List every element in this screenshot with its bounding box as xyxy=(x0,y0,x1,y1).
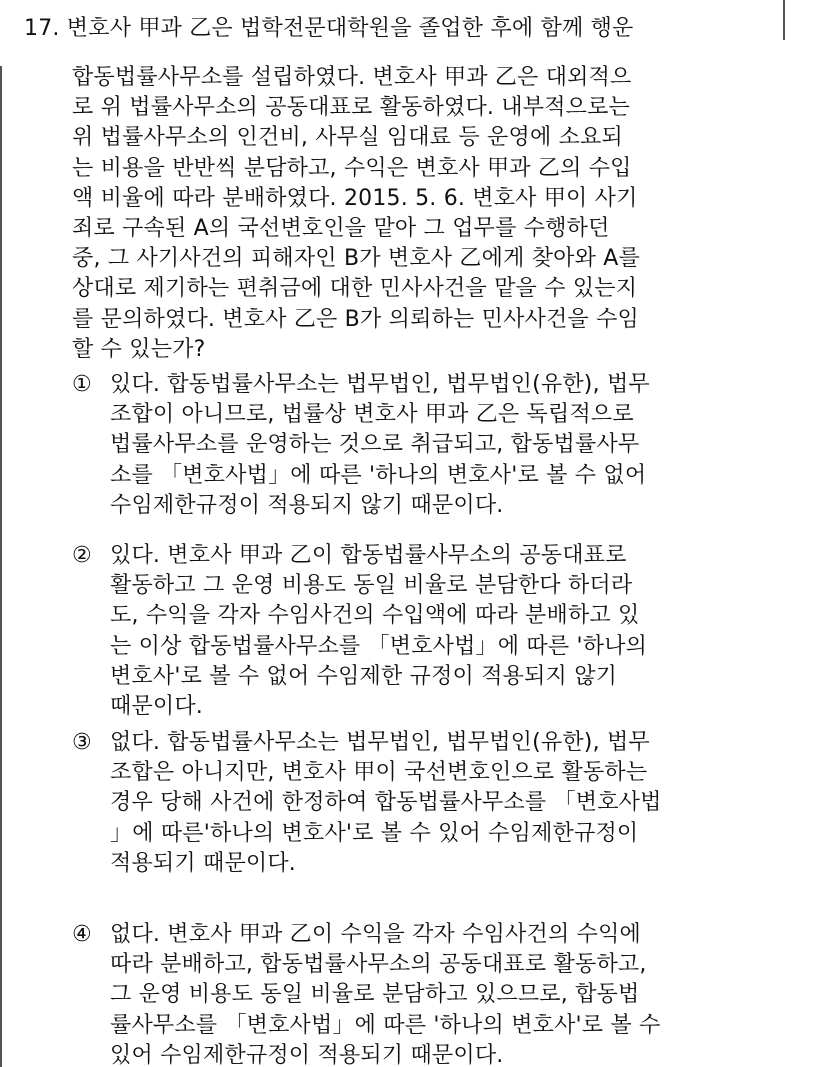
option-line: 변호사'로 볼 수 없어 수임제한 규정이 적용되지 않기 xyxy=(110,662,770,692)
option-marker: ③ xyxy=(72,728,102,758)
option-line: 조합은 아니지만, 변호사 甲이 국선변호인으로 활동하는 xyxy=(110,758,770,788)
question-stem: 합동법률사무소를 설립하였다. 변호사 甲과 乙은 대외적으 로 위 법률사무소… xyxy=(72,63,762,365)
option-line: 는 이상 합동법률사무소를 「변호사법」에 따른 '하나의 xyxy=(110,632,770,662)
option-text: 없다. 변호사 甲과 乙이 수익을 각자 수임사건의 수익에 따라 분배하고, … xyxy=(110,920,770,1067)
question-number: 17. xyxy=(24,16,60,41)
option-line: 없다. 변호사 甲과 乙이 수익을 각자 수임사건의 수익에 xyxy=(110,920,770,950)
stem-line: 로 위 법률사무소의 공동대표로 활동하였다. 내부적으로는 xyxy=(72,93,762,123)
column-divider-top xyxy=(783,0,785,40)
option-text: 있다. 합동법률사무소는 법무법인, 법무법인(유한), 법무 조합이 아니므로… xyxy=(110,370,770,521)
option-line: 조합이 아니므로, 법률상 변호사 甲과 乙은 독립적으로 xyxy=(110,400,770,430)
option-marker: ② xyxy=(72,541,102,571)
option-line: 률사무소를 「변호사법」에 따른 '하나의 변호사'로 볼 수 xyxy=(110,1011,770,1041)
stem-line: 죄로 구속된 A의 국선변호인을 맡아 그 업무를 수행하던 xyxy=(72,214,762,244)
option-line: 있다. 변호사 甲과 乙이 합동법률사무소의 공동대표로 xyxy=(110,541,770,571)
option-line: 수임제한규정이 적용되지 않기 때문이다. xyxy=(110,491,770,521)
question-title: 17. 변호사 甲과 乙은 법학전문대학원을 졸업한 후에 함께 행운 xyxy=(24,14,634,44)
option-line: 없다. 합동법률사무소는 법무법인, 법무법인(유한), 법무 xyxy=(110,728,770,758)
option-line: 때문이다. xyxy=(110,692,770,722)
stem-line: 는 비용을 반반씩 분담하고, 수익은 변호사 甲과 乙의 수입 xyxy=(72,154,762,184)
option-line: 소를 「변호사법」에 따른 '하나의 변호사'로 볼 수 없어 xyxy=(110,461,770,491)
stem-line: 할 수 있는가? xyxy=(72,335,762,365)
stem-line: 위 법률사무소의 인건비, 사무실 임대료 등 운영에 소요되 xyxy=(72,123,762,153)
option-line: 적용되기 때문이다. xyxy=(110,849,770,879)
option-line: 도, 수익을 각자 수임사건의 수입액에 따라 분배하고 있 xyxy=(110,601,770,631)
option-line: 」에 따른'하나의 변호사'로 볼 수 있어 수임제한규정이 xyxy=(110,819,770,849)
option-line: 그 운영 비용도 동일 비율로 분담하고 있으므로, 합동법 xyxy=(110,980,770,1010)
stem-line: 액 비율에 따라 분배하였다. 2015. 5. 6. 변호사 甲이 사기 xyxy=(72,184,762,214)
option-line: 있어 수임제한규정이 적용되기 때문이다. xyxy=(110,1041,770,1067)
question-title-text: 변호사 甲과 乙은 법학전문대학원을 졸업한 후에 함께 행운 xyxy=(67,16,634,41)
stem-line: 를 문의하였다. 변호사 乙은 B가 의뢰하는 민사사건을 수임 xyxy=(72,305,762,335)
stem-line: 상대로 제기하는 편취금에 대한 민사사건을 맡을 수 있는지 xyxy=(72,274,762,304)
option-line: 활동하고 그 운영 비용도 동일 비율로 분담한다 하더라 xyxy=(110,571,770,601)
option-line: 경우 당해 사건에 한정하여 합동법률사무소를 「변호사법 xyxy=(110,788,770,818)
option-line: 법률사무소를 운영하는 것으로 취급되고, 합동법률사무 xyxy=(110,430,770,460)
option-marker: ④ xyxy=(72,920,102,950)
column-divider-left xyxy=(0,66,2,1067)
option-text: 없다. 합동법률사무소는 법무법인, 법무법인(유한), 법무 조합은 아니지만… xyxy=(110,728,770,879)
stem-line: 중, 그 사기사건의 피해자인 B가 변호사 乙에게 찾아와 A를 xyxy=(72,244,762,274)
option-marker: ① xyxy=(72,370,102,400)
stem-line: 합동법률사무소를 설립하였다. 변호사 甲과 乙은 대외적으 xyxy=(72,63,762,93)
option-line: 있다. 합동법률사무소는 법무법인, 법무법인(유한), 법무 xyxy=(110,370,770,400)
option-line: 따라 분배하고, 합동법률사무소의 공동대표로 활동하고, xyxy=(110,950,770,980)
option-text: 있다. 변호사 甲과 乙이 합동법률사무소의 공동대표로 활동하고 그 운영 비… xyxy=(110,541,770,722)
